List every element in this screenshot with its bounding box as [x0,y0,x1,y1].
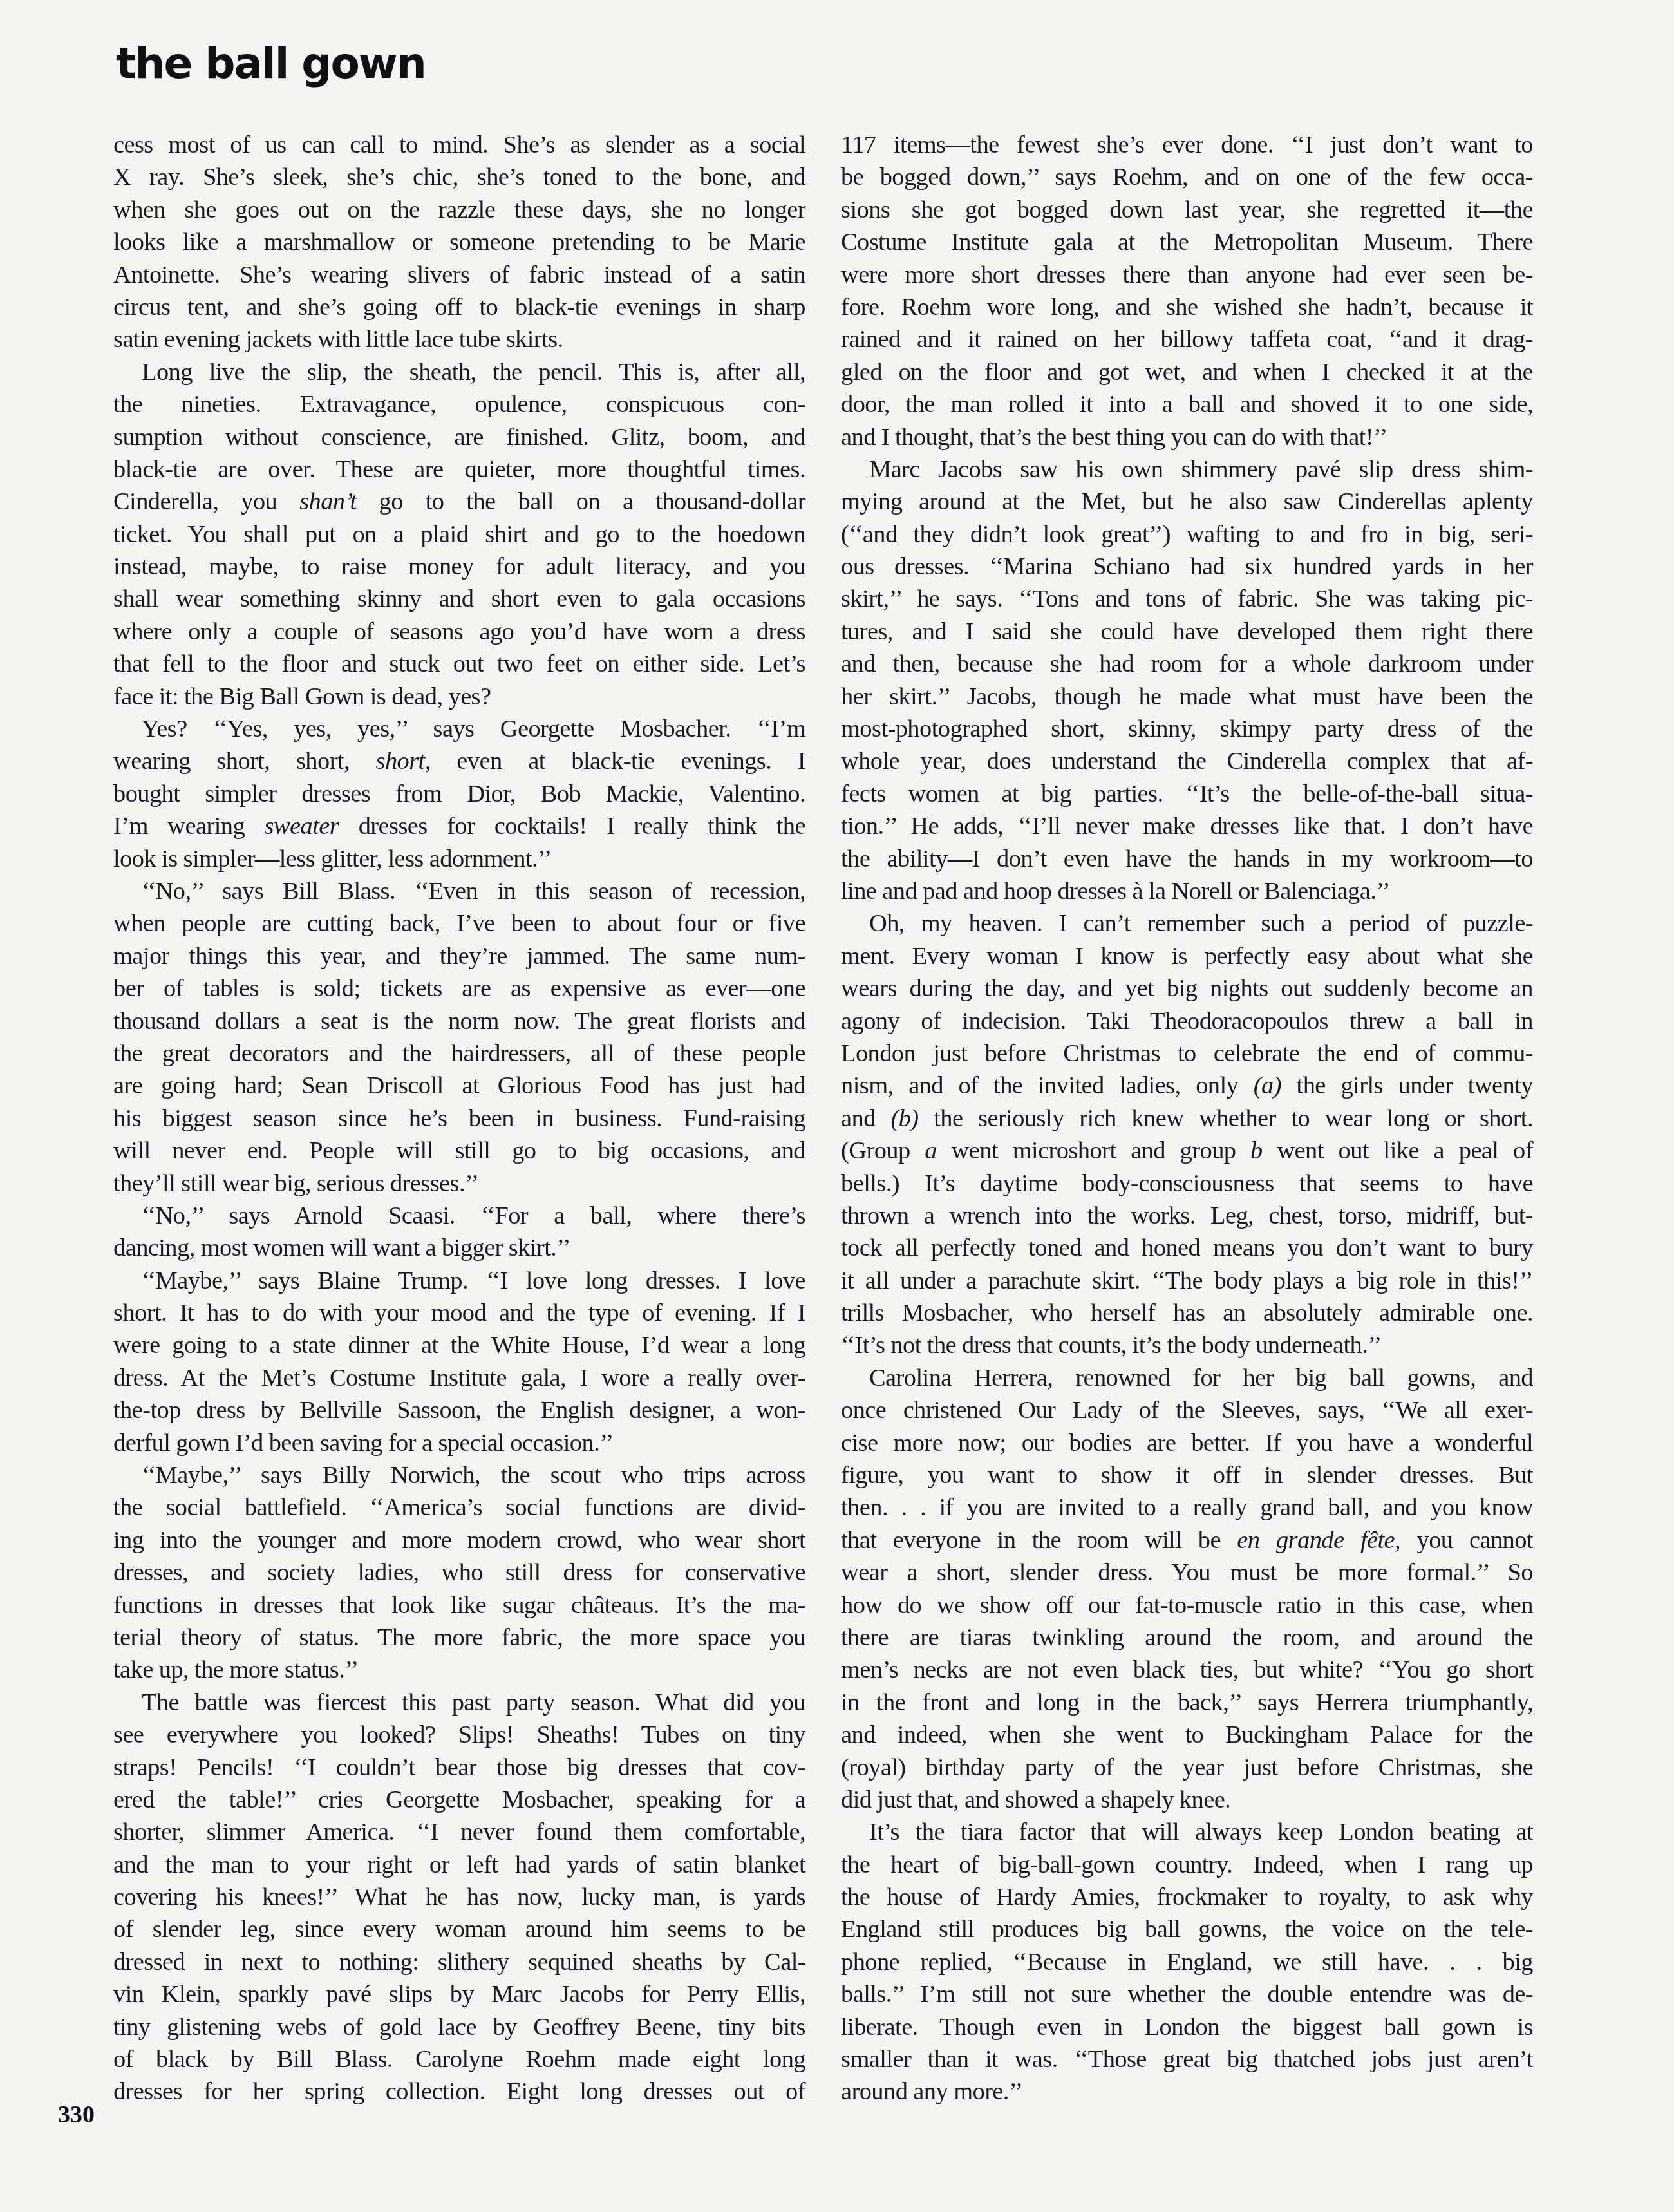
text-line: of slender leg, since every woman around… [113,1913,805,1945]
text-line: agony of indecision. Taki Theodoracopoul… [841,1005,1533,1037]
text-line: it all under a parachute skirt. ‘‘The bo… [841,1265,1533,1297]
text-line: in the front and long in the back,’’ say… [841,1687,1533,1719]
text-line: Oh, my heaven. I can’t remember such a p… [841,907,1533,940]
text-line: balls.’’ I’m still not sure whether the … [841,1978,1533,2010]
text-line: see everywhere you looked? Slips! Sheath… [113,1719,805,1751]
text-line: of black by Bill Blass. Carolyne Roehm m… [113,2043,805,2075]
article-paragraph: Marc Jacobs saw his own shimmery pavé sl… [841,453,1533,907]
text-line: then. . . if you are invited to a really… [841,1491,1533,1524]
text-line: sions she got bogged down last year, she… [841,194,1533,226]
text-line: men’s necks are not even black ties, but… [841,1654,1533,1686]
text-line: when she goes out on the razzle these da… [113,194,805,226]
text-line: where only a couple of seasons ago you’d… [113,616,805,648]
text-line: phone replied, ‘‘Because in England, we … [841,1946,1533,1978]
text-line: ing into the younger and more modern cro… [113,1524,805,1556]
text-line: bells.) It’s daytime body-consciousness … [841,1167,1533,1200]
text-line: that fell to the floor and stuck out two… [113,648,805,680]
text-line: ment. Every woman I know is perfectly ea… [841,940,1533,972]
text-line: smaller than it was. ‘‘Those great big t… [841,2043,1533,2075]
text-line: vin Klein, sparkly pavé slips by Marc Ja… [113,1978,805,2010]
text-line: were more short dresses there than anyon… [841,259,1533,291]
text-line: most-photographed short, skinny, skimpy … [841,713,1533,745]
text-line: be bogged down,’’ says Roehm, and on one… [841,161,1533,193]
article-column-right: 117 items—the fewest she’s ever done. ‘‘… [841,129,1533,2108]
text-line: nism, and of the invited ladies, only (a… [841,1070,1533,1102]
text-line: Antoinette. She’s wearing slivers of fab… [113,259,805,291]
text-line: bought simpler dresses from Dior, Bob Ma… [113,778,805,810]
text-line: straps! Pencils! ‘‘I couldn’t bear those… [113,1752,805,1784]
text-line: instead, maybe, to raise money for adult… [113,551,805,583]
text-line: line and pad and hoop dresses à la Norel… [841,875,1533,907]
text-line: England still produces big ball gowns, t… [841,1913,1533,1945]
text-line: were going to a state dinner at the Whit… [113,1329,805,1361]
text-line: black-tie are over. These are quieter, m… [113,453,805,486]
text-line: It’s the tiara factor that will always k… [841,1816,1533,1848]
text-line: take up, the more status.’’ [113,1654,805,1686]
text-line: rained and it rained on her billowy taff… [841,323,1533,355]
text-line: they’ll still wear big, serious dresses.… [113,1167,805,1200]
text-line: ered the table!’’ cries Georgette Mosbac… [113,1784,805,1816]
text-line: Carolina Herrera, renowned for her big b… [841,1362,1533,1394]
text-line: circus tent, and she’s going off to blac… [113,291,805,323]
text-line: and the man to your right or left had ya… [113,1849,805,1881]
text-line: dancing, most women will want a bigger s… [113,1232,805,1264]
text-line: short. It has to do with your mood and t… [113,1297,805,1329]
article-paragraph: ‘‘Maybe,’’ says Billy Norwich, the scout… [113,1459,805,1687]
text-line: shall wear something skinny and short ev… [113,583,805,615]
text-line: around any more.’’ [841,2075,1533,2108]
text-line: Yes? ‘‘Yes, yes, yes,’’ says Georgette M… [113,713,805,745]
text-line: ‘‘It’s not the dress that counts, it’s t… [841,1329,1533,1361]
text-line: when people are cutting back, I’ve been … [113,907,805,940]
text-line: thousand dollars a seat is the norm now.… [113,1005,805,1037]
text-line: shorter, slimmer America. ‘‘I never foun… [113,1816,805,1848]
text-line: and indeed, when she went to Buckingham … [841,1719,1533,1751]
text-line: tures, and I said she could have develop… [841,616,1533,648]
text-line: ‘‘No,’’ says Arnold Scaasi. ‘‘For a ball… [113,1200,805,1232]
text-line: ‘‘Maybe,’’ says Blaine Trump. ‘‘I love l… [113,1265,805,1297]
text-line: terial theory of status. The more fabric… [113,1621,805,1654]
text-line: X ray. She’s sleek, she’s chic, she’s to… [113,161,805,193]
text-line: wears during the day, and yet big nights… [841,972,1533,1005]
article-paragraph: ‘‘No,’’ says Arnold Scaasi. ‘‘For a ball… [113,1200,805,1265]
text-line: cise more now; our bodies are better. If… [841,1427,1533,1459]
text-line: are going hard; Sean Driscoll at Gloriou… [113,1070,805,1102]
page-number: 330 [58,2101,95,2129]
text-line: sumption without conscience, are finishe… [113,421,805,453]
text-line: (Group a went microshort and group b wen… [841,1135,1533,1167]
text-line: satin evening jackets with little lace t… [113,323,805,355]
text-line: trills Mosbacher, who herself has an abs… [841,1297,1533,1329]
text-line: did just that, and showed a shapely knee… [841,1784,1533,1816]
text-line: tiny glistening webs of gold lace by Geo… [113,2011,805,2043]
article-paragraph: 117 items—the fewest she’s ever done. ‘‘… [841,129,1533,453]
text-line: wear a short, slender dress. You must be… [841,1556,1533,1589]
text-line: Cinderella, you shan’t go to the ball on… [113,486,805,518]
text-line: Costume Institute gala at the Metropolit… [841,226,1533,258]
article-paragraph: ‘‘No,’’ says Bill Blass. ‘‘Even in this … [113,875,805,1200]
article-paragraph: It’s the tiara factor that will always k… [841,1816,1533,2108]
text-line: (‘‘and they didn’t look great’’) wafting… [841,518,1533,551]
article-paragraph: Oh, my heaven. I can’t remember such a p… [841,907,1533,1361]
article-paragraph: The battle was fiercest this past party … [113,1687,805,2108]
text-line: fects women at big parties. ‘‘It’s the b… [841,778,1533,810]
text-line: derful gown I’d been saving for a specia… [113,1427,805,1459]
article-paragraph: ‘‘Maybe,’’ says Blaine Trump. ‘‘I love l… [113,1265,805,1459]
text-line: I’m wearing sweater dresses for cocktail… [113,810,805,842]
text-line: his biggest season since he’s been in bu… [113,1102,805,1135]
text-line: look is simpler—less glitter, less adorn… [113,843,805,875]
text-line: the ability—I don’t even have the hands … [841,843,1533,875]
text-line: fore. Roehm wore long, and she wished sh… [841,291,1533,323]
text-line: whole year, does understand the Cinderel… [841,745,1533,777]
text-line: thrown a wrench into the works. Leg, che… [841,1200,1533,1232]
text-line: door, the man rolled it into a ball and … [841,388,1533,421]
text-line: Marc Jacobs saw his own shimmery pavé sl… [841,453,1533,486]
text-line: dresses for her spring collection. Eight… [113,2075,805,2108]
text-line: ber of tables is sold; tickets are as ex… [113,972,805,1005]
text-line: there are tiaras twinkling around the ro… [841,1621,1533,1654]
text-line: the house of Hardy Amies, frockmaker to … [841,1881,1533,1913]
text-line: tion.’’ He adds, ‘‘I’ll never make dress… [841,810,1533,842]
text-line: ‘‘Maybe,’’ says Billy Norwich, the scout… [113,1459,805,1491]
article-paragraph: cess most of us can call to mind. She’s … [113,129,805,356]
text-line: major things this year, and they’re jamm… [113,940,805,972]
text-line: figure, you want to show it off in slend… [841,1459,1533,1491]
article-paragraph: Carolina Herrera, renowned for her big b… [841,1362,1533,1816]
text-line: liberate. Though even in London the bigg… [841,2011,1533,2043]
text-line: that everyone in the room will be en gra… [841,1524,1533,1556]
text-line: face it: the Big Ball Gown is dead, yes? [113,681,805,713]
text-line: Long live the slip, the sheath, the penc… [113,356,805,388]
text-line: 117 items—the fewest she’s ever done. ‘‘… [841,129,1533,161]
text-line: looks like a marshmallow or someone pret… [113,226,805,258]
text-line: and (b) the seriously rich knew whether … [841,1102,1533,1135]
text-line: dressed in next to nothing: slithery seq… [113,1946,805,1978]
page-title: the ball gown [116,39,426,88]
text-line: London just before Christmas to celebrat… [841,1037,1533,1070]
text-line: the great decorators and the hairdresser… [113,1037,805,1070]
text-line: her skirt.’’ Jacobs, though he made what… [841,681,1533,713]
text-line: dresses, and society ladies, who still d… [113,1556,805,1589]
text-line: ous dresses. ‘‘Marina Schiano had six hu… [841,551,1533,583]
text-line: dress. At the Met’s Costume Institute ga… [113,1362,805,1394]
text-line: mying around at the Met, but he also saw… [841,486,1533,518]
text-line: wearing short, short, short, even at bla… [113,745,805,777]
article-paragraph: Long live the slip, the sheath, the penc… [113,356,805,713]
text-line: and I thought, that’s the best thing you… [841,421,1533,453]
text-line: tock all perfectly toned and honed means… [841,1232,1533,1264]
text-line: the social battlefield. ‘‘America’s soci… [113,1491,805,1524]
text-line: The battle was fiercest this past party … [113,1687,805,1719]
text-line: once christened Our Lady of the Sleeves,… [841,1394,1533,1426]
text-line: the nineties. Extravagance, opulence, co… [113,388,805,421]
text-line: ticket. You shall put on a plaid shirt a… [113,518,805,551]
text-line: (royal) birthday party of the year just … [841,1752,1533,1784]
text-line: skirt,’’ he says. ‘‘Tons and tons of fab… [841,583,1533,615]
article-column-left: cess most of us can call to mind. She’s … [113,129,805,2108]
text-line: covering his knees!’’ What he has now, l… [113,1881,805,1913]
text-line: the heart of big-ball-gown country. Inde… [841,1849,1533,1881]
text-line: ‘‘No,’’ says Bill Blass. ‘‘Even in this … [113,875,805,907]
article-paragraph: Yes? ‘‘Yes, yes, yes,’’ says Georgette M… [113,713,805,875]
text-line: how do we show off our fat-to-muscle rat… [841,1589,1533,1621]
text-line: will never end. People will still go to … [113,1135,805,1167]
text-line: functions in dresses that look like suga… [113,1589,805,1621]
text-line: the-top dress by Bellville Sassoon, the … [113,1394,805,1426]
text-line: gled on the floor and got wet, and when … [841,356,1533,388]
text-line: and then, because she had room for a who… [841,648,1533,680]
text-line: cess most of us can call to mind. She’s … [113,129,805,161]
